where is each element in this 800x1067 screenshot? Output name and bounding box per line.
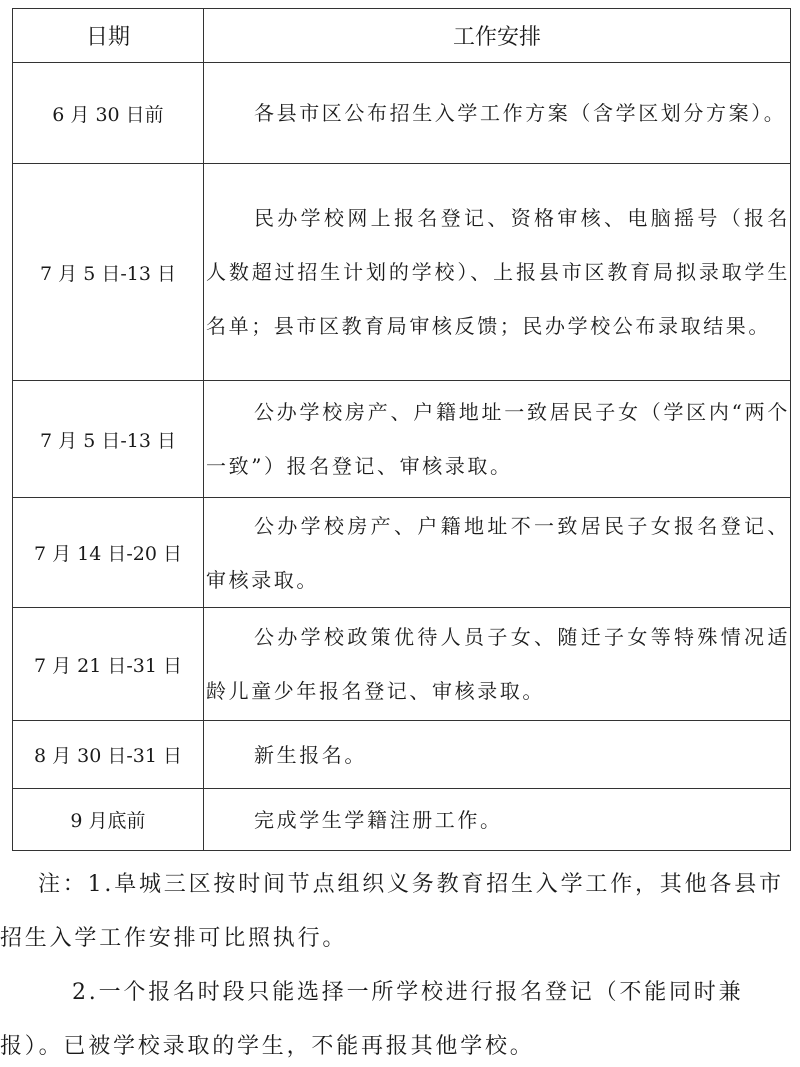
column-header-work: 工作安排 [204,9,791,63]
work-cell: 公办学校房产、户籍地址不一致居民子女报名登记、审核录取。 [204,498,791,608]
table-row: 6 月 30 日前 各县市区公布招生入学工作方案（含学区划分方案）。 [13,63,791,164]
work-text: 公办学校房产、户籍地址不一致居民子女报名登记、审核录取。 [204,499,790,607]
enrollment-schedule-table: 日期 工作安排 6 月 30 日前 各县市区公布招生入学工作方案（含学区划分方案… [12,8,791,851]
date-cell: 7 月 5 日-13 日 [13,381,204,498]
work-cell: 新生报名。 [204,721,791,789]
date-cell: 7 月 14 日-20 日 [13,498,204,608]
table-row: 7 月 21 日-31 日 公办学校政策优待人员子女、随迁子女等特殊情况适龄儿童… [13,608,791,721]
date-cell: 6 月 30 日前 [13,63,204,164]
note-1: 注：1.阜城三区按时间节点组织义务教育招生入学工作，其他各县市招生入学工作安排可… [0,858,790,966]
date-cell: 9 月底前 [13,789,204,851]
table-row: 8 月 30 日-31 日 新生报名。 [13,721,791,789]
work-cell: 各县市区公布招生入学工作方案（含学区划分方案）。 [204,63,791,164]
work-text: 民办学校网上报名登记、资格审核、电脑摇号（报名人数超过招生计划的学校）、上报县市… [204,191,790,353]
table-row: 9 月底前 完成学生学籍注册工作。 [13,789,791,851]
date-cell: 7 月 21 日-31 日 [13,608,204,721]
work-cell: 民办学校网上报名登记、资格审核、电脑摇号（报名人数超过招生计划的学校）、上报县市… [204,164,791,381]
table-row: 7 月 14 日-20 日 公办学校房产、户籍地址不一致居民子女报名登记、审核录… [13,498,791,608]
work-text: 新生报名。 [204,728,790,782]
column-header-date: 日期 [13,9,204,63]
work-text: 各县市区公布招生入学工作方案（含学区划分方案）。 [204,86,790,140]
work-cell: 公办学校房产、户籍地址一致居民子女（学区内“两个一致”）报名登记、审核录取。 [204,381,791,498]
document-page: 日期 工作安排 6 月 30 日前 各县市区公布招生入学工作方案（含学区划分方案… [12,8,790,851]
work-cell: 完成学生学籍注册工作。 [204,789,791,851]
work-cell: 公办学校政策优待人员子女、随迁子女等特殊情况适龄儿童少年报名登记、审核录取。 [204,608,791,721]
work-text: 完成学生学籍注册工作。 [204,793,790,847]
table-row: 7 月 5 日-13 日 公办学校房产、户籍地址一致居民子女（学区内“两个一致”… [13,381,791,498]
table-header-row: 日期 工作安排 [13,9,791,63]
note-2: 2.一个报名时段只能选择一所学校进行报名登记（不能同时兼报）。已被学校录取的学生… [0,966,790,1067]
work-text: 公办学校房产、户籍地址一致居民子女（学区内“两个一致”）报名登记、审核录取。 [204,385,790,493]
work-text: 公办学校政策优待人员子女、随迁子女等特殊情况适龄儿童少年报名登记、审核录取。 [204,610,790,718]
notes-section: 注：1.阜城三区按时间节点组织义务教育招生入学工作，其他各县市招生入学工作安排可… [0,858,790,1067]
date-cell: 7 月 5 日-13 日 [13,164,204,381]
date-cell: 8 月 30 日-31 日 [13,721,204,789]
table-row: 7 月 5 日-13 日 民办学校网上报名登记、资格审核、电脑摇号（报名人数超过… [13,164,791,381]
